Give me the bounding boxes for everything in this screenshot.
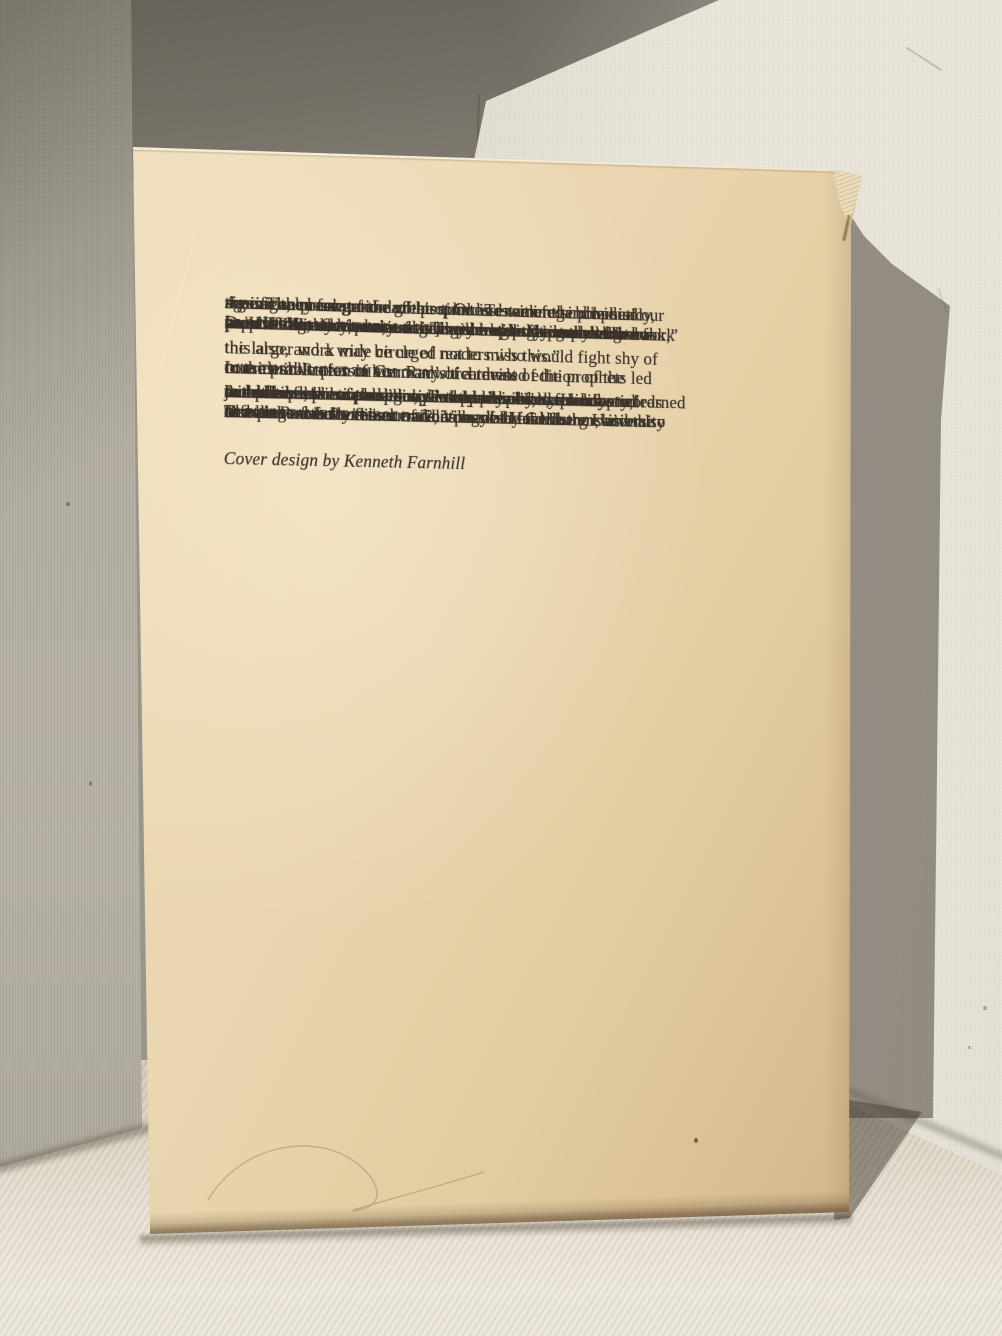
stray-hair	[200, 1138, 490, 1228]
paper-fleck	[694, 1138, 698, 1143]
fabric-speck	[66, 502, 70, 506]
red-speckle	[983, 1006, 987, 1010]
back-cover-text: A concise presentation of the quintessen…	[224, 291, 822, 481]
paper-wrinkle	[203, 301, 222, 410]
red-speckle	[968, 1046, 971, 1049]
photo-scene: A concise presentation of the quintessen…	[0, 0, 1002, 1336]
fabric-speck	[89, 781, 92, 786]
paper-wrinkle	[160, 232, 199, 378]
